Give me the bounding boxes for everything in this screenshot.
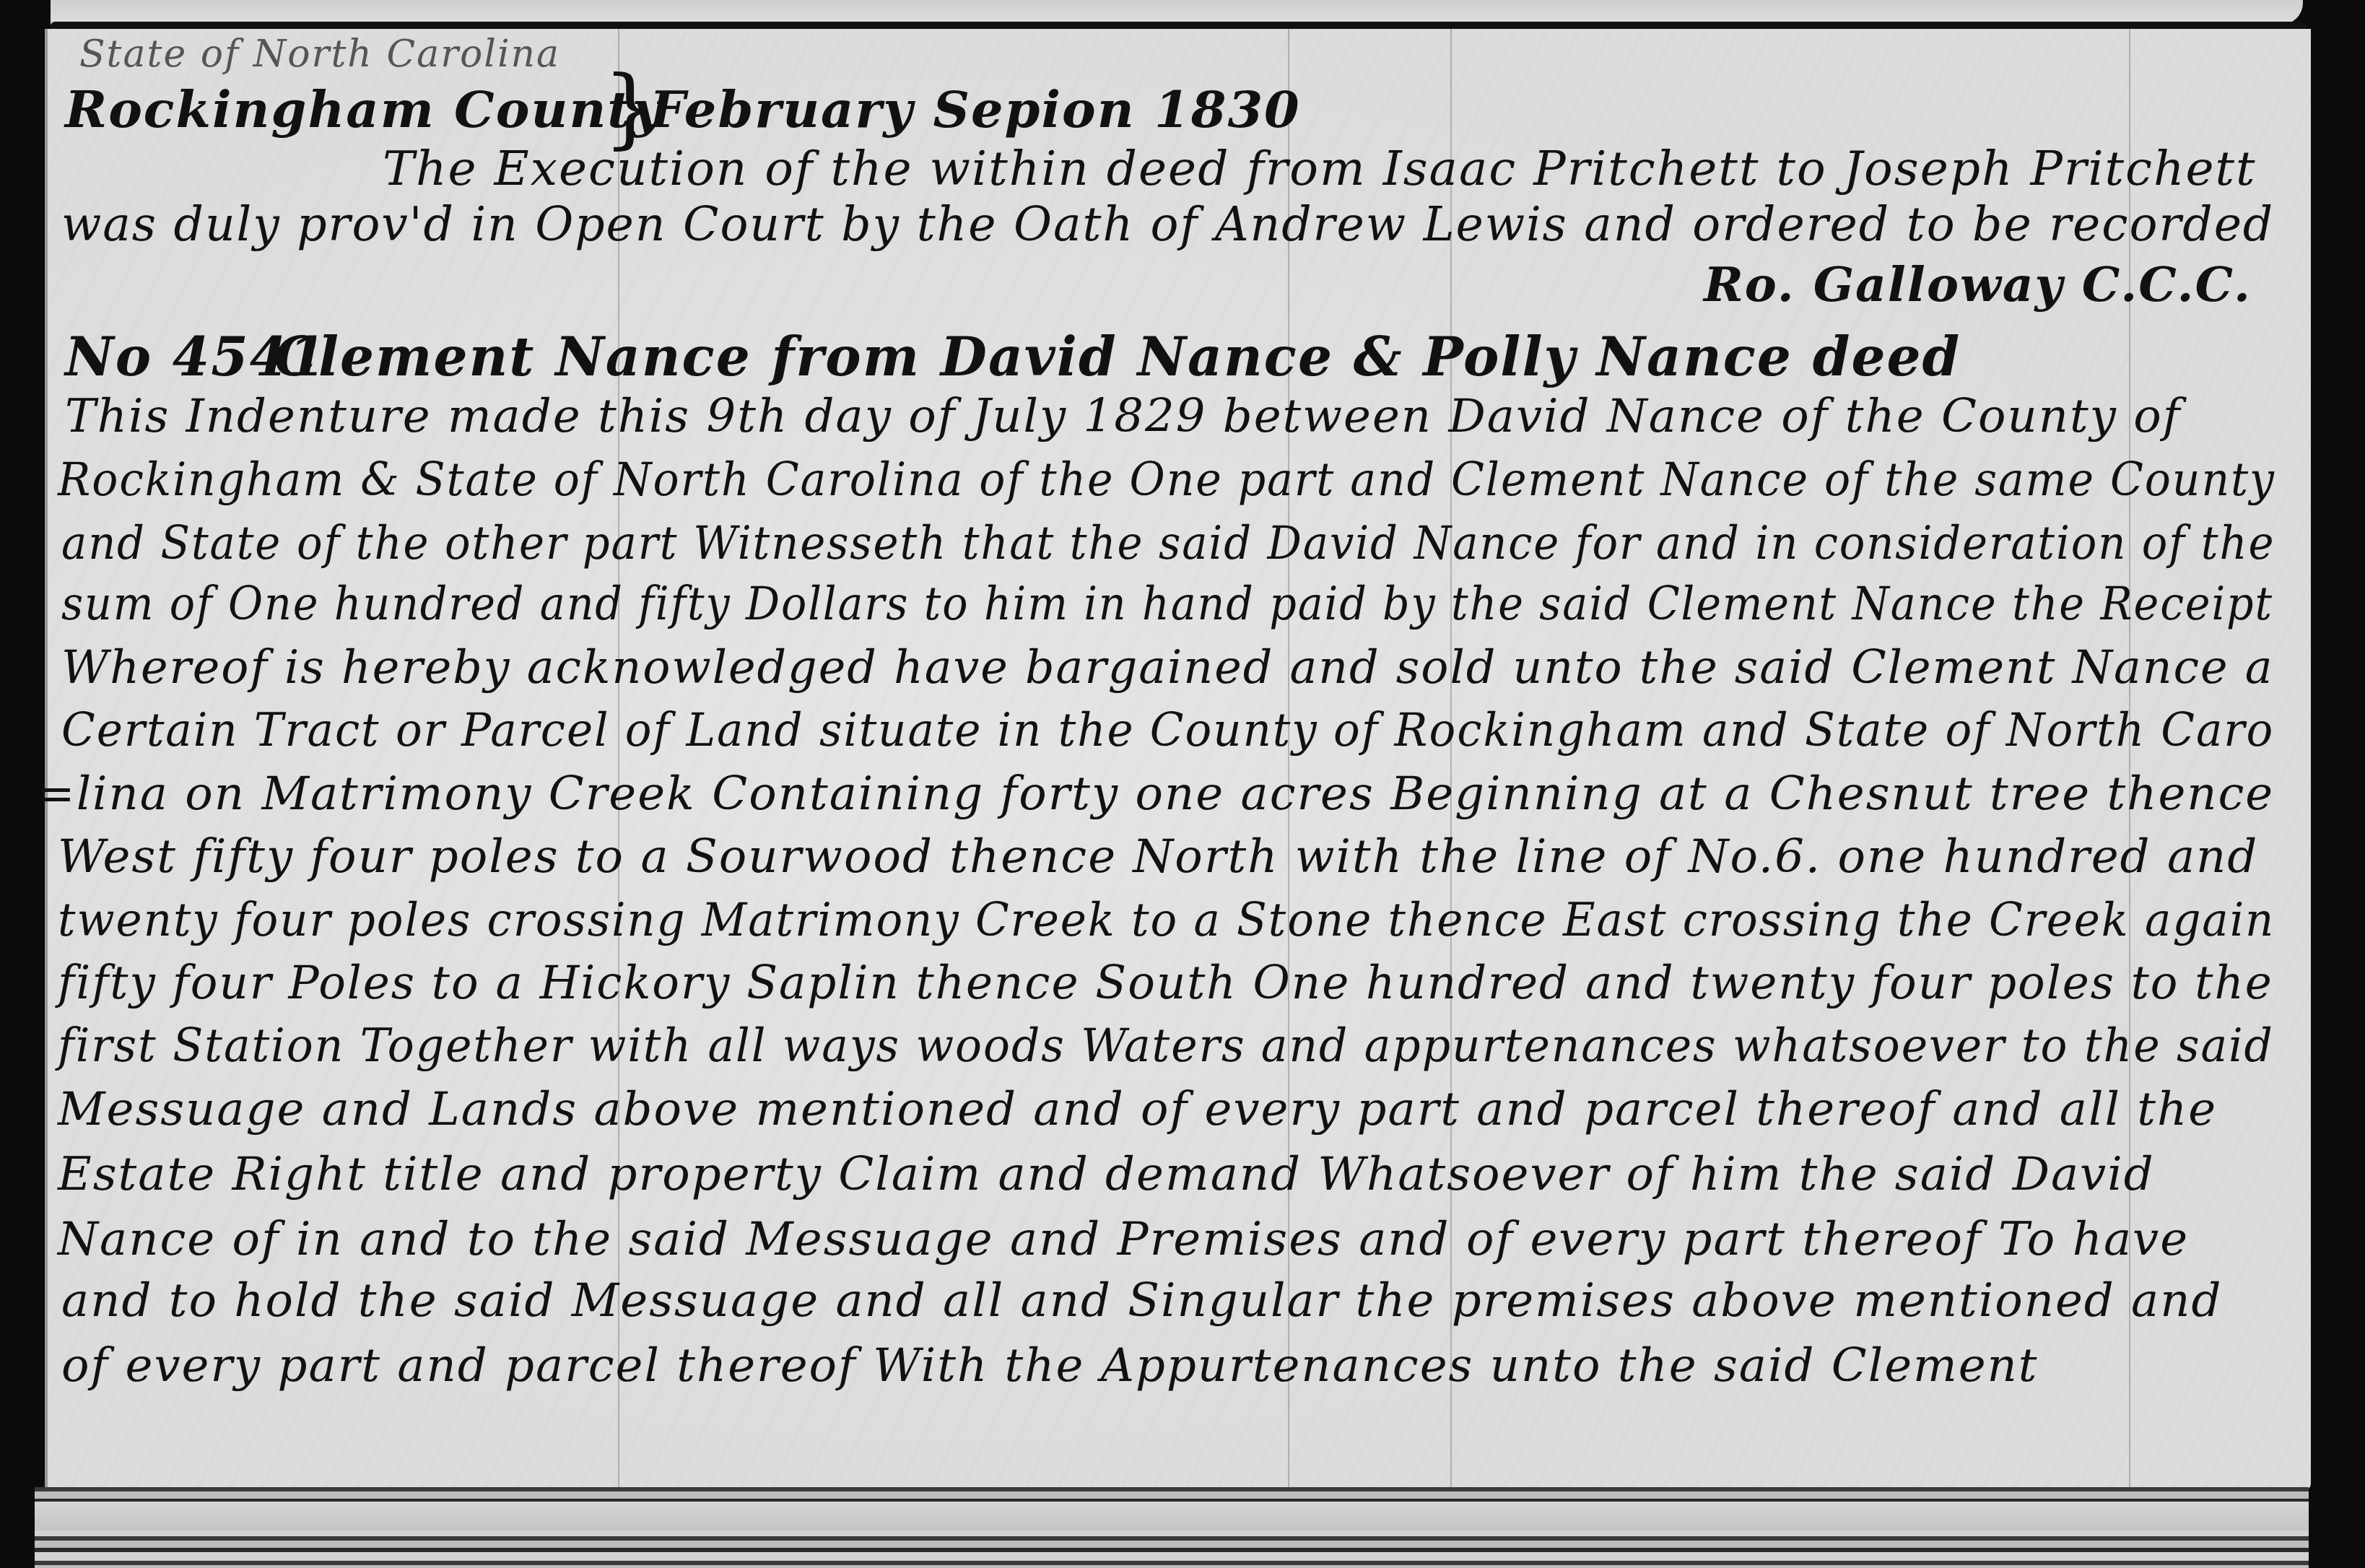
body-line: This Indenture made this 9th day of July…: [65, 390, 2181, 443]
body-line: West fifty four poles to a Sourwood then…: [58, 830, 2258, 884]
body-line: Messuage and Lands above mentioned and o…: [58, 1083, 2217, 1136]
body-line: of every part and parcel thereof With th…: [61, 1339, 2039, 1393]
certificate-line-2: was duly prov'd in Open Court by the Oat…: [61, 196, 2274, 252]
stacked-page-edges: [35, 1487, 2309, 1568]
body-line: Certain Tract or Parcel of Land situate …: [61, 704, 2274, 757]
state-heading: State of North Carolina: [79, 32, 560, 76]
certificate-line-1: The Execution of the within deed from Is…: [383, 141, 2257, 196]
body-line: first Station Together with all ways woo…: [58, 1019, 2274, 1073]
page-edge-band: [35, 1502, 2309, 1530]
previous-page-edge: [51, 0, 2303, 25]
deed-title: Clement Nance from David Nance & Polly N…: [274, 326, 1961, 388]
county-heading: Rockingham County: [65, 79, 663, 139]
session-heading: February Sepion 1830: [650, 79, 1301, 139]
body-line: Nance of in and to the said Messuage and…: [58, 1213, 2189, 1266]
body-line: and State of the other part Witnesseth t…: [61, 517, 2275, 570]
body-line: Rockingham & State of North Carolina of …: [58, 453, 2275, 507]
body-line: Whereof is hereby acknowledged have barg…: [61, 641, 2274, 694]
body-line: =lina on Matrimony Creek Containing fort…: [36, 767, 2274, 821]
body-line: fifty four Poles to a Hickory Saplin the…: [58, 957, 2273, 1010]
body-line: sum of One hundred and fifty Dollars to …: [61, 578, 2273, 631]
body-line: twenty four poles crossing Matrimony Cre…: [58, 894, 2275, 947]
body-line: Estate Right title and property Claim an…: [58, 1148, 2155, 1201]
body-line: and to hold the said Messuage and all an…: [61, 1274, 2222, 1328]
clerk-signature: Ro. Galloway C.C.C.: [1704, 256, 2252, 313]
